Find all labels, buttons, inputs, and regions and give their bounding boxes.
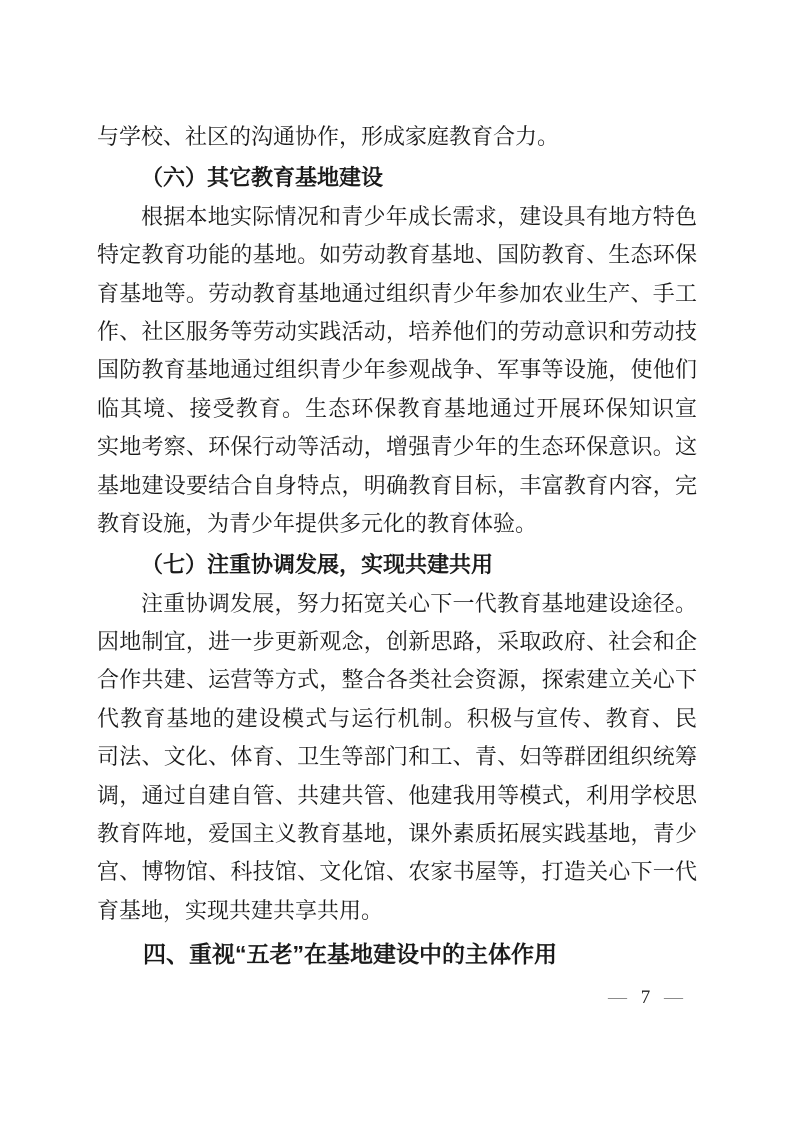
text-line: 与学校、社区的沟通协作，形成家庭教育合力。 (97, 118, 697, 156)
text-line: 教育设施，为青少年提供多元化的教育体验。 (97, 505, 697, 543)
text-line: 合作共建、运营等方式，整合各类社会资源，探索建立关心下一 (97, 661, 697, 699)
text-line: 代教育基地的建设模式与运行机制。积极与宣传、教育、民政、 (97, 700, 697, 738)
text-line: 特定教育功能的基地。如劳动教育基地、国防教育、生态环保教 (97, 236, 697, 274)
text-line: 宫、博物馆、科技馆、文化馆、农家书屋等，打造关心下一代教 (97, 853, 697, 891)
page-number: — 7 — (608, 986, 683, 1010)
text-line: 调，通过自建自管、共建共管、他建我用等模式，利用学校思想 (97, 777, 697, 815)
text-line: 基地建设要结合自身特点，明确教育目标，丰富教育内容，完善 (97, 467, 697, 505)
text-line: 育基地，实现共建共享共用。 (97, 892, 697, 930)
text-line: 国防教育基地通过组织青少年参观战争、军事等设施，使他们身 (97, 351, 697, 389)
heading-line: （七）注重协调发展，实现共建共用 (97, 546, 697, 584)
document-body: 与学校、社区的沟通协作，形成家庭教育合力。（六）其它教育基地建设根据本地实际情况… (97, 118, 697, 974)
text-line: 教育阵地，爱国主义教育基地，课外素质拓展实践基地，青少年 (97, 815, 697, 853)
text-line: 育基地等。劳动教育基地通过组织青少年参加农业生产、手工制 (97, 275, 697, 313)
text-line: 注重协调发展，努力拓宽关心下一代教育基地建设途径。要 (97, 585, 697, 623)
page-number-dash-right: — (664, 987, 683, 1008)
text-line: 根据本地实际情况和青少年成长需求，建设具有地方特色或 (97, 198, 697, 236)
text-line: 实地考察、环保行动等活动，增强青少年的生态环保意识。这些 (97, 428, 697, 466)
heading-line: （六）其它教育基地建设 (97, 159, 697, 197)
text-line: 作、社区服务等劳动实践活动，培养他们的劳动意识和劳动技能。 (97, 313, 697, 351)
page-number-dash-left: — (608, 987, 627, 1008)
heading-line: 四、重视“五老”在基地建设中的主体作用 (97, 935, 697, 973)
document-page: 与学校、社区的沟通协作，形成家庭教育合力。（六）其它教育基地建设根据本地实际情况… (0, 0, 793, 1122)
text-line: 临其境、接受教育。生态环保教育基地通过开展环保知识宣传、 (97, 390, 697, 428)
text-line: 司法、文化、体育、卫生等部门和工、青、妇等群团组织统筹协 (97, 738, 697, 776)
page-number-value: 7 (641, 987, 651, 1008)
text-line: 因地制宜，进一步更新观念，创新思路，采取政府、社会和企业 (97, 623, 697, 661)
